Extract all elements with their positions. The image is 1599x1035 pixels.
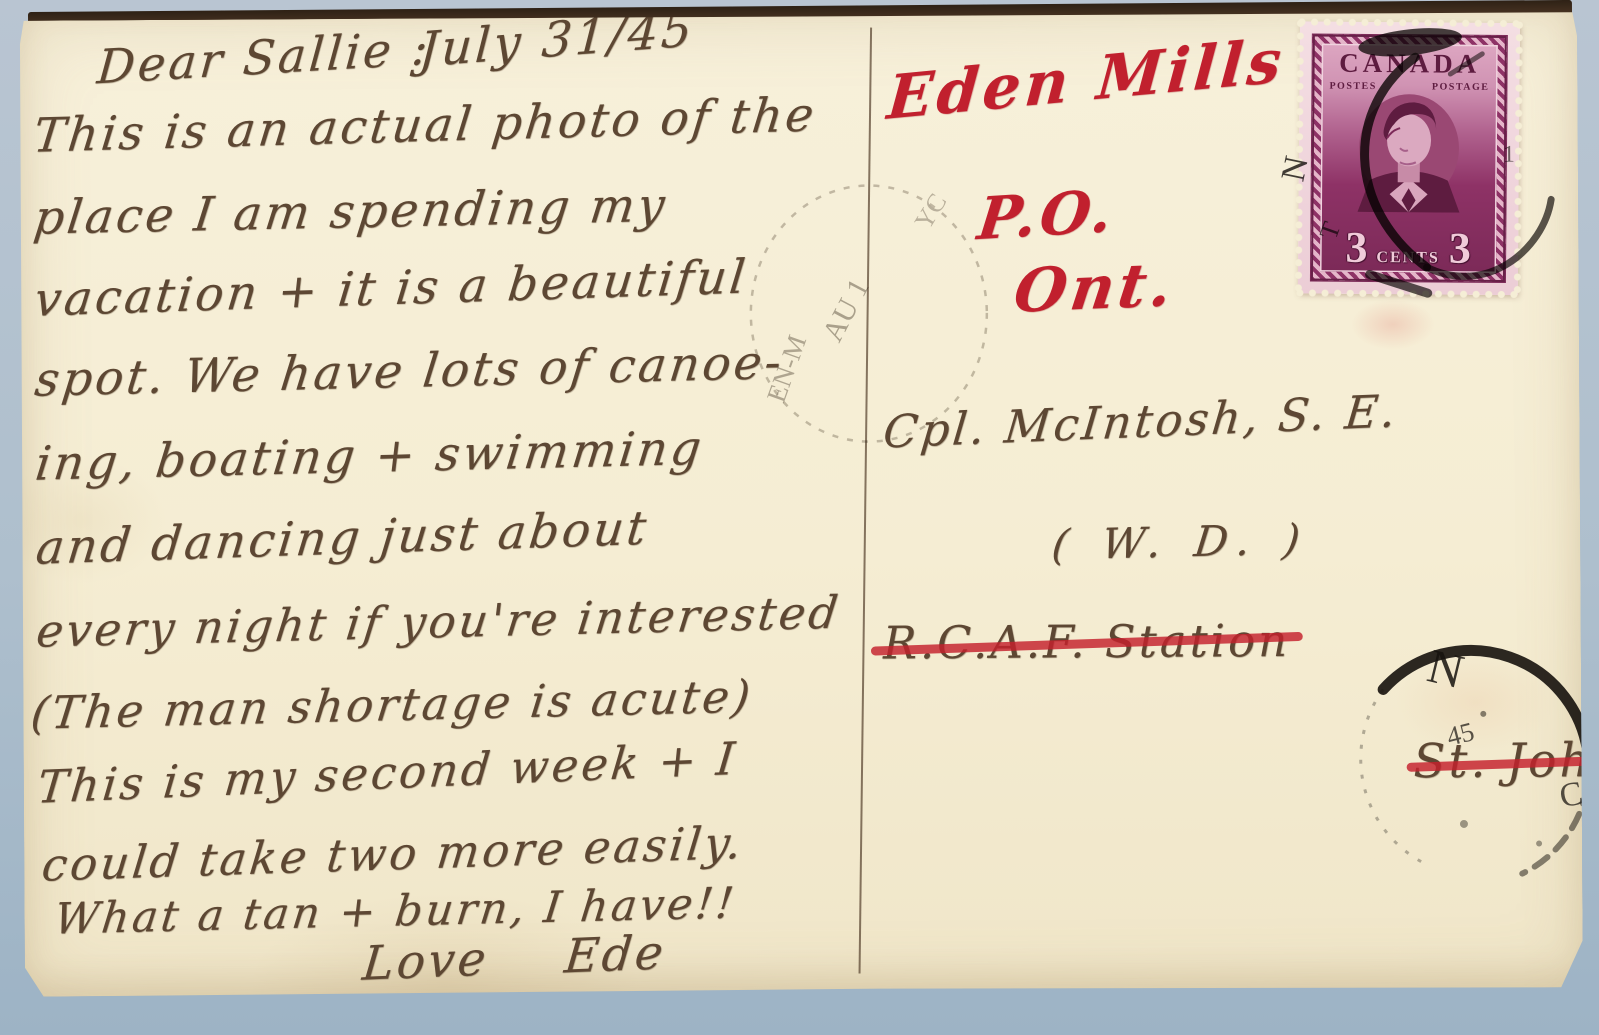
stamp-cancellation-mark: N T 1 xyxy=(1250,11,1582,323)
cancel-letter-fragment: T xyxy=(1314,218,1347,243)
message-line: (The man shortage is acute) xyxy=(28,670,756,740)
message-line: vacation + it is a beautiful xyxy=(32,250,751,328)
message-line: place I am spending my xyxy=(31,178,671,246)
right-circular-postmark: N 45 C xyxy=(1333,593,1599,895)
message-line: and dancing just about xyxy=(33,501,651,576)
recipient-line-struck: R.C.A.F. Station xyxy=(883,614,1291,669)
message-line: ing, boating + swimming xyxy=(33,421,707,492)
postmark-letter-fragment: YC xyxy=(909,188,953,234)
cancel-letter-fragment: N xyxy=(1275,153,1316,185)
return-address-line: Eden Mills xyxy=(885,26,1288,134)
message-line: This is my second week + I xyxy=(35,732,740,814)
postmark-date-fragment: 45 xyxy=(1444,716,1478,752)
cancel-letter-fragment: 1 xyxy=(1503,142,1515,168)
message-closing: Love xyxy=(360,931,491,991)
message-line: spot. We have lots of canoe- xyxy=(32,335,787,408)
scanned-postcard-photo: Dear Sallie : July 31/45 This is an actu… xyxy=(0,0,1599,1035)
postmark-letter-fragment: N xyxy=(1422,639,1468,699)
postmark-town-fragment: EN-M xyxy=(761,331,812,406)
postmark-letter-fragment: C xyxy=(1557,775,1586,815)
return-address-line: Ont. xyxy=(1010,250,1180,327)
postcard-back: Dear Sallie : July 31/45 This is an actu… xyxy=(19,11,1583,996)
center-circular-postmark: AU 1 EN-M YC xyxy=(720,165,1012,467)
message-line: every night if you're interested xyxy=(34,586,844,658)
message-salutation: Dear Sallie : xyxy=(95,21,433,96)
postmark-date-fragment: AU 1 xyxy=(816,273,876,347)
recipient-line: ( W. D. ) xyxy=(1049,514,1312,569)
message-signature: Ede xyxy=(562,925,669,984)
message-line: This is an actual photo of the xyxy=(31,87,820,163)
